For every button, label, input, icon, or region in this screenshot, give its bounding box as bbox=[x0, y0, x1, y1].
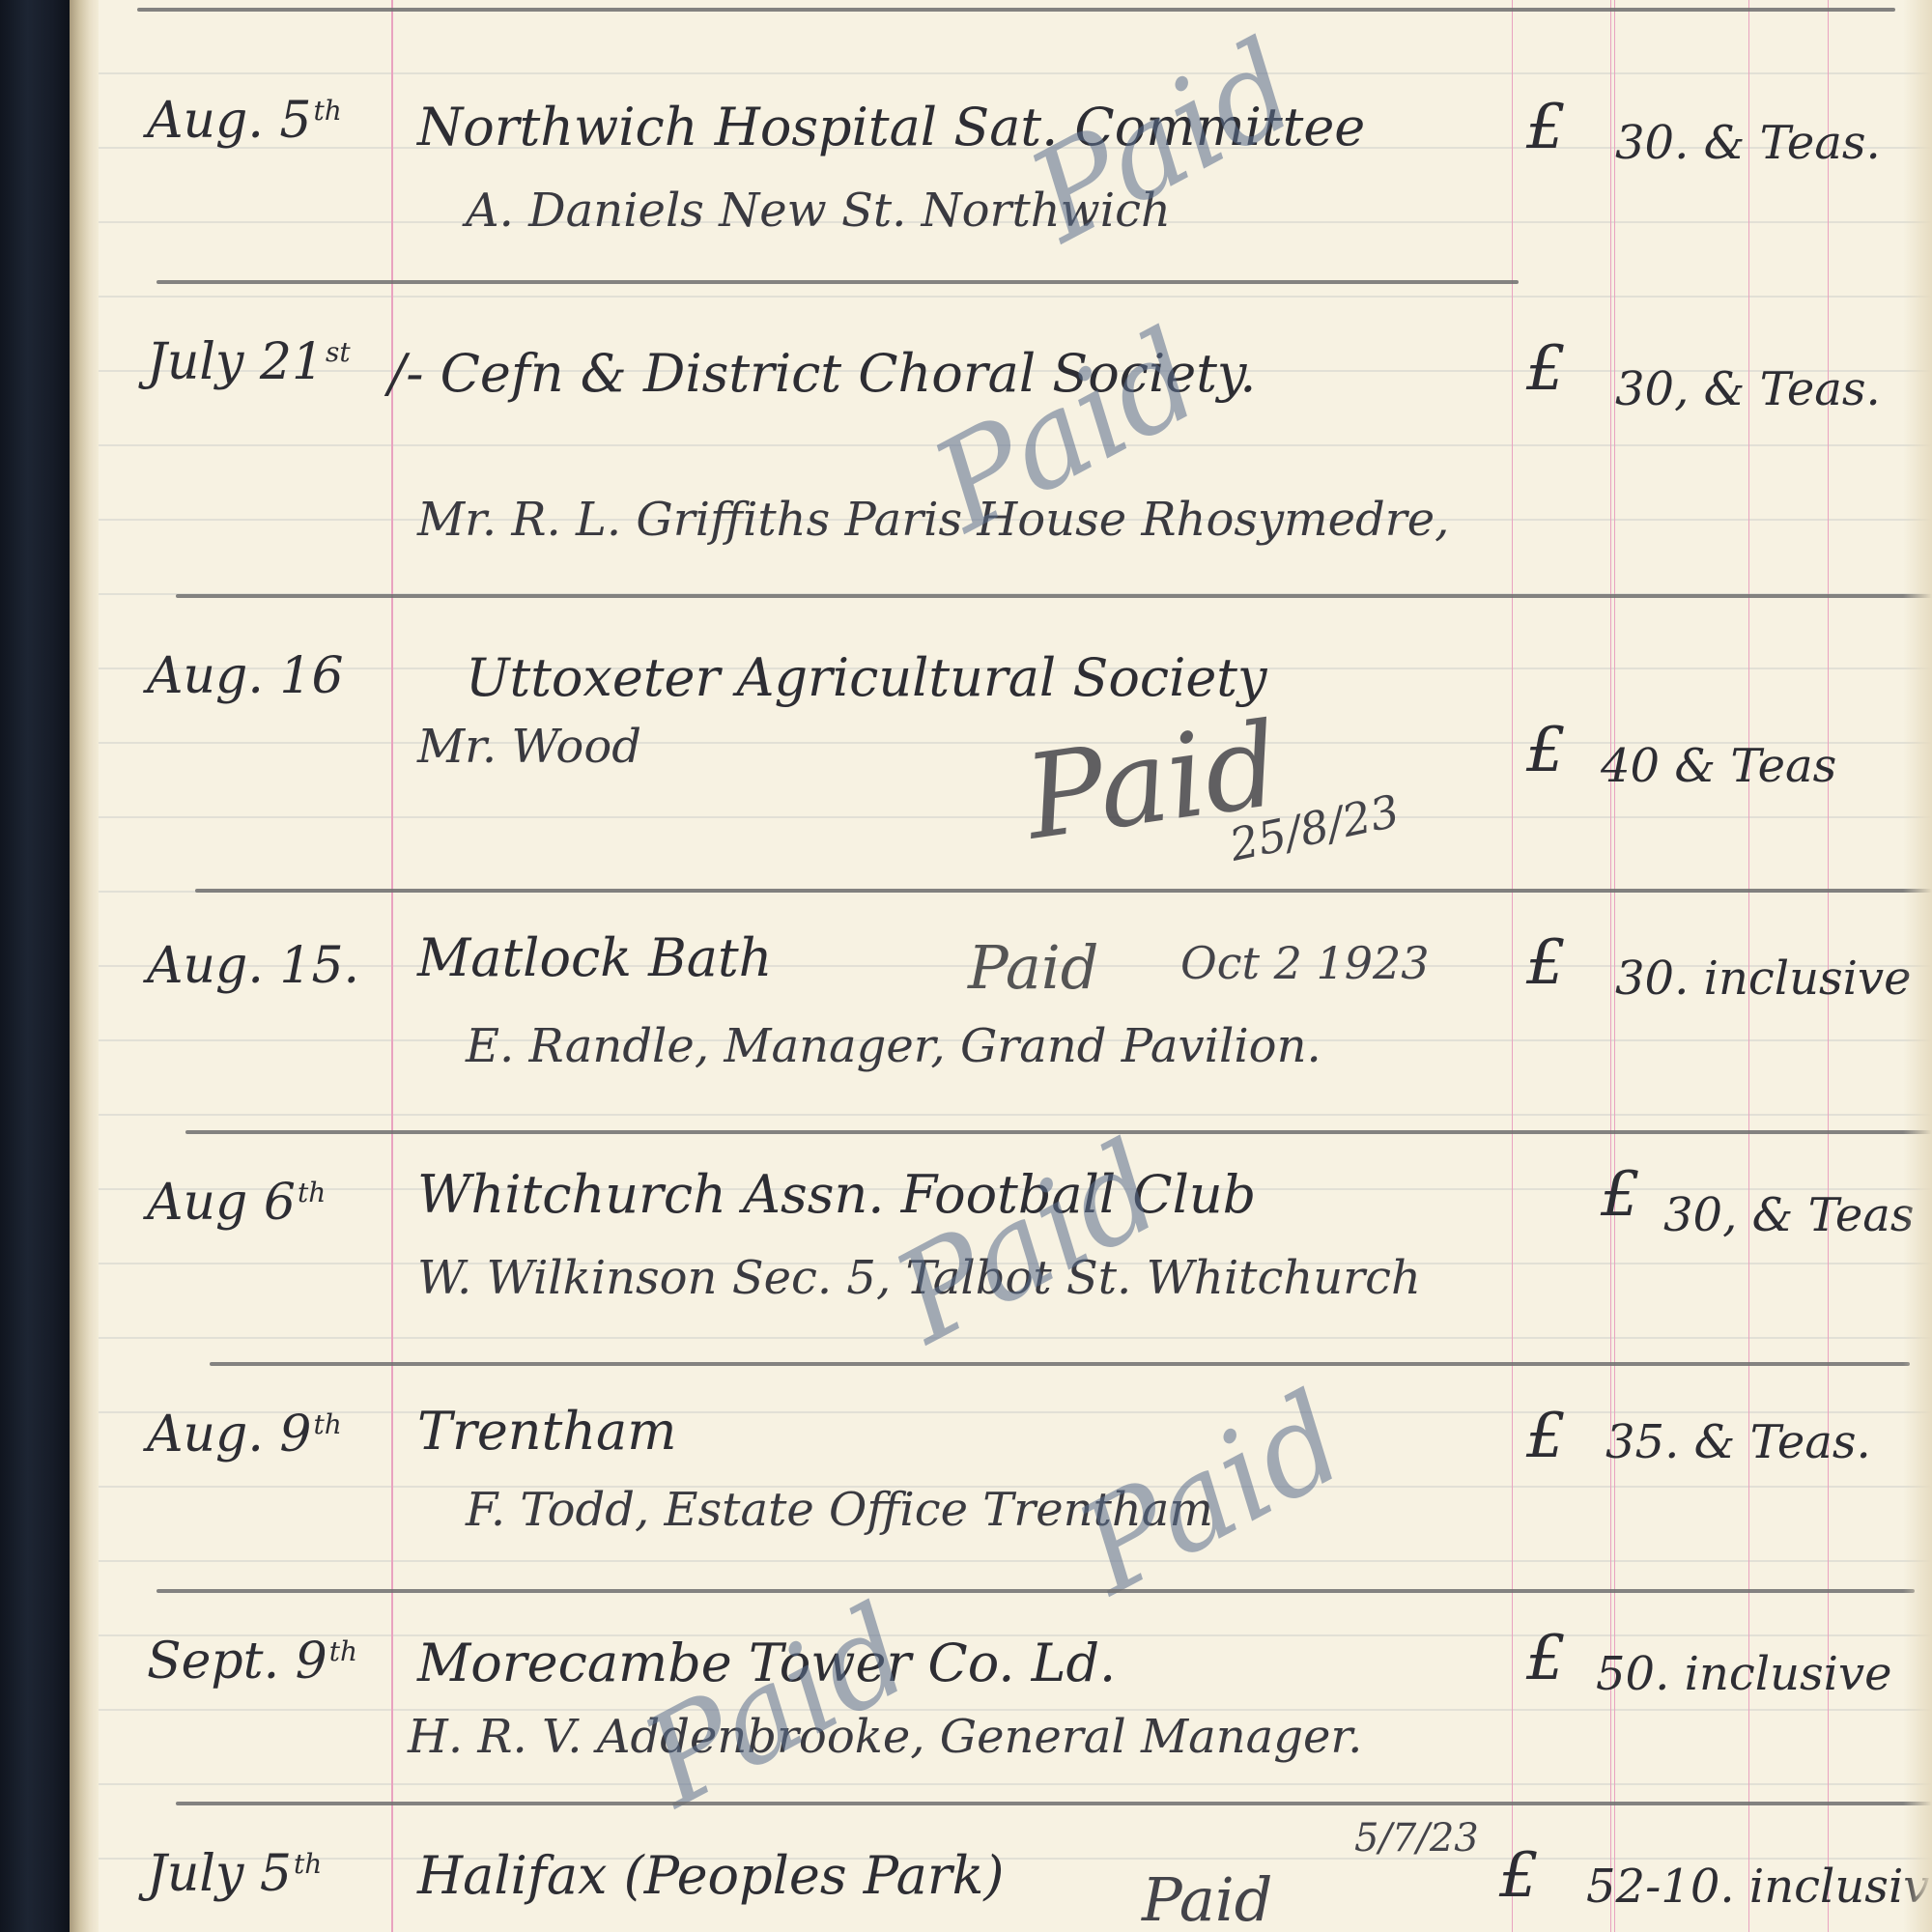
entry-fee: 50. inclusive bbox=[1596, 1647, 1892, 1701]
entry-separator bbox=[195, 889, 1932, 893]
pound-sign: £ bbox=[1601, 1159, 1640, 1231]
entry-fee: 35. & Teas. bbox=[1605, 1415, 1871, 1469]
paid-mark: Paid bbox=[872, 1113, 1183, 1372]
entry-contact: Mr. Wood bbox=[417, 720, 641, 774]
paid-mark: Paid bbox=[1142, 1864, 1272, 1932]
entry-date: July 21st bbox=[147, 333, 351, 391]
entry-organisation: Whitchurch Assn. Football Club bbox=[417, 1164, 1256, 1225]
entry-fee: 52-10. inclusive bbox=[1586, 1860, 1932, 1914]
entry-fee: 30, & Teas bbox=[1663, 1188, 1915, 1242]
entry-date: Aug 6th bbox=[147, 1174, 326, 1232]
pound-sign: £ bbox=[1499, 1840, 1539, 1912]
pound-sign: £ bbox=[1526, 92, 1566, 163]
entry-separator bbox=[185, 1130, 1932, 1134]
entry-contact: E. Randle, Manager, Grand Pavilion. bbox=[466, 1019, 1321, 1073]
entry-fee: 30. & Teas. bbox=[1615, 116, 1881, 170]
entry-fee: 30, & Teas. bbox=[1615, 362, 1881, 416]
pound-sign: £ bbox=[1526, 715, 1566, 786]
entry-date: July 5th bbox=[147, 1845, 322, 1903]
entry-organisation: Trentham bbox=[417, 1401, 676, 1462]
margin-rule bbox=[391, 0, 393, 1932]
entry-fee: 40 & Teas bbox=[1601, 739, 1836, 793]
entry-separator bbox=[176, 1802, 1932, 1805]
paid-mark: Paid bbox=[968, 932, 1098, 1003]
entry-separator bbox=[137, 8, 1895, 12]
column-rule bbox=[1512, 0, 1513, 1932]
entry-organisation: Northwich Hospital Sat. Committee bbox=[417, 97, 1365, 157]
payment-date-note: 25/8/23 bbox=[1225, 784, 1404, 871]
entry-organisation: Uttoxeter Agricultural Society bbox=[466, 647, 1267, 708]
entry-fee: 30. inclusive bbox=[1615, 952, 1912, 1006]
pound-sign: £ bbox=[1526, 333, 1566, 405]
entry-date: Aug. 5th bbox=[147, 92, 342, 150]
ledger-page: Aug. 5th Northwich Hospital Sat. Committ… bbox=[99, 0, 1932, 1932]
entry-date: Aug. 15. bbox=[147, 937, 361, 995]
entry-contact: W. Wilkinson Sec. 5, Talbot St. Whitchur… bbox=[417, 1251, 1421, 1305]
payment-date-note: 5/7/23 bbox=[1354, 1816, 1479, 1861]
entry-organisation: Halifax (Peoples Park) bbox=[417, 1845, 1004, 1906]
entry-contact: H. R. V. Addenbrooke, General Manager. bbox=[408, 1710, 1362, 1764]
entry-date: Sept. 9th bbox=[147, 1633, 357, 1690]
entry-organisation: Matlock Bath bbox=[417, 927, 772, 988]
pound-sign: £ bbox=[1526, 1623, 1566, 1694]
paid-mark: Paid bbox=[621, 1577, 932, 1835]
entry-date: Aug. 16 bbox=[147, 647, 346, 705]
column-rule bbox=[1610, 0, 1611, 1932]
payment-date-note: Oct 2 1923 bbox=[1180, 937, 1430, 989]
book-binding bbox=[0, 0, 70, 1932]
entry-organisation: /- Cefn & District Choral Society. bbox=[388, 343, 1256, 404]
entry-date: Aug. 9th bbox=[147, 1406, 342, 1463]
pound-sign: £ bbox=[1526, 1401, 1566, 1472]
entry-separator bbox=[210, 1362, 1910, 1366]
page-gutter bbox=[70, 0, 99, 1932]
entry-separator bbox=[156, 280, 1519, 284]
entry-organisation: Morecambe Tower Co. Ld. bbox=[417, 1633, 1116, 1693]
pound-sign: £ bbox=[1526, 927, 1566, 999]
entry-contact: F. Todd, Estate Office Trentham bbox=[466, 1483, 1213, 1537]
entry-contact: Mr. R. L. Griffiths Paris House Rhosymed… bbox=[417, 493, 1449, 547]
entry-separator bbox=[156, 1589, 1915, 1593]
entry-contact: A. Daniels New St. Northwich bbox=[466, 184, 1171, 238]
entry-separator bbox=[176, 594, 1932, 598]
